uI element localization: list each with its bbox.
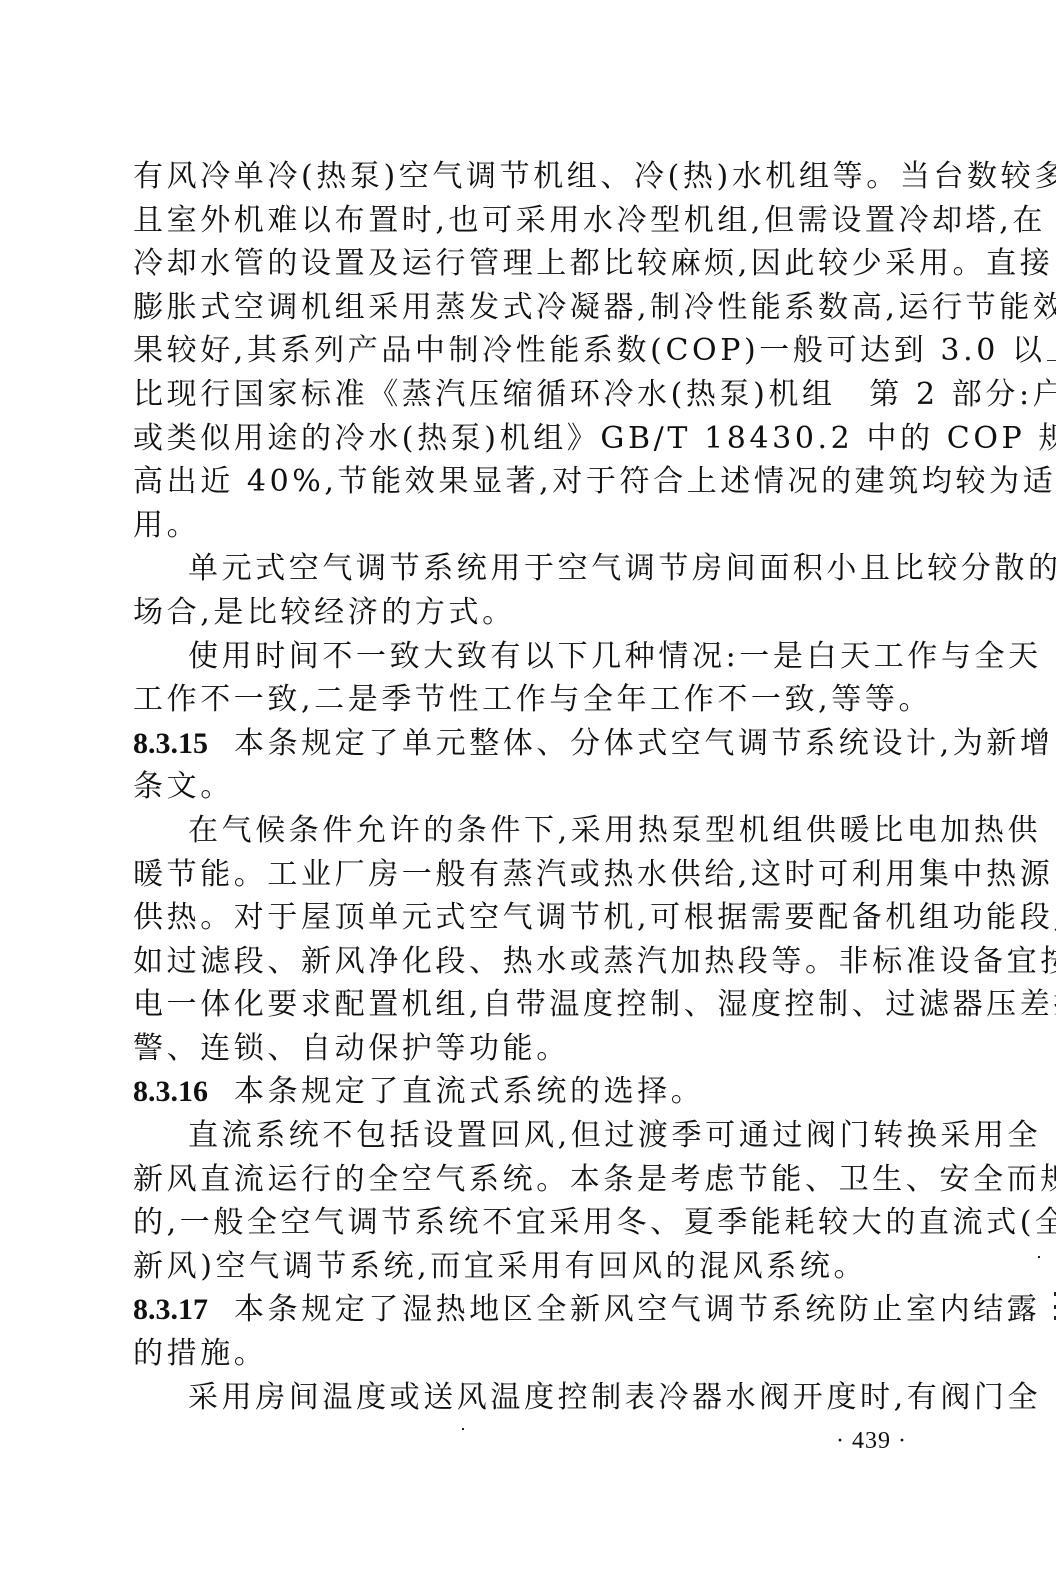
text-line: 的措施。 (133, 1332, 951, 1376)
text-line: 供热。对于屋顶单元式空气调节机,可根据需要配备机组功能段, (133, 896, 951, 940)
text-line: 新风)空气调节系统,而宜采用有回风的混风系统。 (133, 1245, 951, 1289)
section-heading-line: 8.3.15本条规定了单元整体、分体式空气调节系统设计,为新增 (133, 722, 951, 766)
text-line: 条文。 (133, 765, 951, 809)
section-heading-line: 8.3.17本条规定了湿热地区全新风空气调节系统防止室内结露 (133, 1288, 951, 1332)
text-line: 新风直流运行的全空气系统。本条是考虑节能、卫生、安全而规定 (133, 1158, 951, 1202)
text-line: 在气候条件允许的条件下,采用热泵型机组供暖比电加热供 (133, 809, 951, 853)
text-line: 有风冷单冷(热泵)空气调节机组、冷(热)水机组等。当台数较多 (133, 155, 951, 199)
paragraph: 直流系统不包括设置回风,但过渡季可通过阀门转换采用全 新风直流运行的全空气系统。… (133, 1114, 951, 1288)
section-number: 8.3.15 (133, 727, 208, 760)
section-8-3-16: 8.3.16本条规定了直流式系统的选择。 (133, 1070, 951, 1114)
text-line: 警、连锁、自动保护等功能。 (133, 1027, 951, 1071)
section-8-3-17: 8.3.17本条规定了湿热地区全新风空气调节系统防止室内结露 的措施。 (133, 1288, 951, 1375)
section-text: 本条规定了直流式系统的选择。 (234, 1074, 704, 1109)
paragraph: 使用时间不一致大致有以下几种情况:一是白天工作与全天 工作不一致,二是季节性工作… (133, 635, 951, 722)
section-number: 8.3.16 (133, 1075, 208, 1108)
page-number: · 439 · (836, 1428, 907, 1455)
text-line: 场合,是比较经济的方式。 (133, 591, 951, 635)
text-line: 膨胀式空调机组采用蒸发式冷凝器,制冷性能系数高,运行节能效 (133, 286, 951, 330)
paragraph: 在气候条件允许的条件下,采用热泵型机组供暖比电加热供 暖节能。工业厂房一般有蒸汽… (133, 809, 951, 1071)
text-line: 单元式空气调节系统用于空气调节房间面积小且比较分散的 (133, 547, 951, 591)
paragraph: 单元式空气调节系统用于空气调节房间面积小且比较分散的 场合,是比较经济的方式。 (133, 547, 951, 634)
text-line: 比现行国家标准《蒸汽压缩循环冷水(热泵)机组 第 2 部分:户用 (133, 373, 951, 417)
text-line: 如过滤段、新风净化段、热水或蒸汽加热段等。非标准设备宜按机 (133, 940, 951, 984)
text-line: 使用时间不一致大致有以下几种情况:一是白天工作与全天 (133, 635, 951, 679)
text-line: 高出近 40%,节能效果显著,对于符合上述情况的建筑均较为适 (133, 460, 951, 504)
scan-speck (1038, 1256, 1040, 1258)
paragraph-continuation: 有风冷单冷(热泵)空气调节机组、冷(热)水机组等。当台数较多 且室外机难以布置时… (133, 155, 951, 547)
section-text: 本条规定了湿热地区全新风空气调节系统防止室内结露 (234, 1292, 1040, 1327)
section-8-3-15: 8.3.15本条规定了单元整体、分体式空气调节系统设计,为新增 条文。 (133, 722, 951, 809)
text-line: 直流系统不包括设置回风,但过渡季可通过阀门转换采用全 (133, 1114, 951, 1158)
document-page: 有风冷单冷(热泵)空气调节机组、冷(热)水机组等。当台数较多 且室外机难以布置时… (133, 155, 951, 1419)
text-line: 冷却水管的设置及运行管理上都比较麻烦,因此较少采用。直接 (133, 242, 951, 286)
section-text: 本条规定了单元整体、分体式空气调节系统设计,为新增 (234, 726, 1054, 761)
scan-speck (462, 1428, 464, 1430)
section-heading-line: 8.3.16本条规定了直流式系统的选择。 (133, 1070, 951, 1114)
text-line: 采用房间温度或送风温度控制表冷器水阀开度时,有阀门全 (133, 1376, 951, 1420)
text-line: 的,一般全空气调节系统不宜采用冬、夏季能耗较大的直流式(全 (133, 1201, 951, 1245)
text-line: 暖节能。工业厂房一般有蒸汽或热水供给,这时可利用集中热源 (133, 853, 951, 897)
text-line: 电一体化要求配置机组,自带温度控制、湿度控制、过滤器压差报 (133, 983, 951, 1027)
section-number: 8.3.17 (133, 1293, 208, 1326)
paragraph: 采用房间温度或送风温度控制表冷器水阀开度时,有阀门全 (133, 1376, 951, 1420)
text-line: 果较好,其系列产品中制冷性能系数(COP)一般可达到 3.0 以上, (133, 329, 951, 373)
text-line: 工作不一致,二是季节性工作与全年工作不一致,等等。 (133, 678, 951, 722)
text-line: 用。 (133, 504, 951, 548)
text-line: 或类似用途的冷水(热泵)机组》GB/T 18430.2 中的 COP 规定值 (133, 417, 951, 461)
text-line: 且室外机难以布置时,也可采用水冷型机组,但需设置冷却塔,在 (133, 199, 951, 243)
